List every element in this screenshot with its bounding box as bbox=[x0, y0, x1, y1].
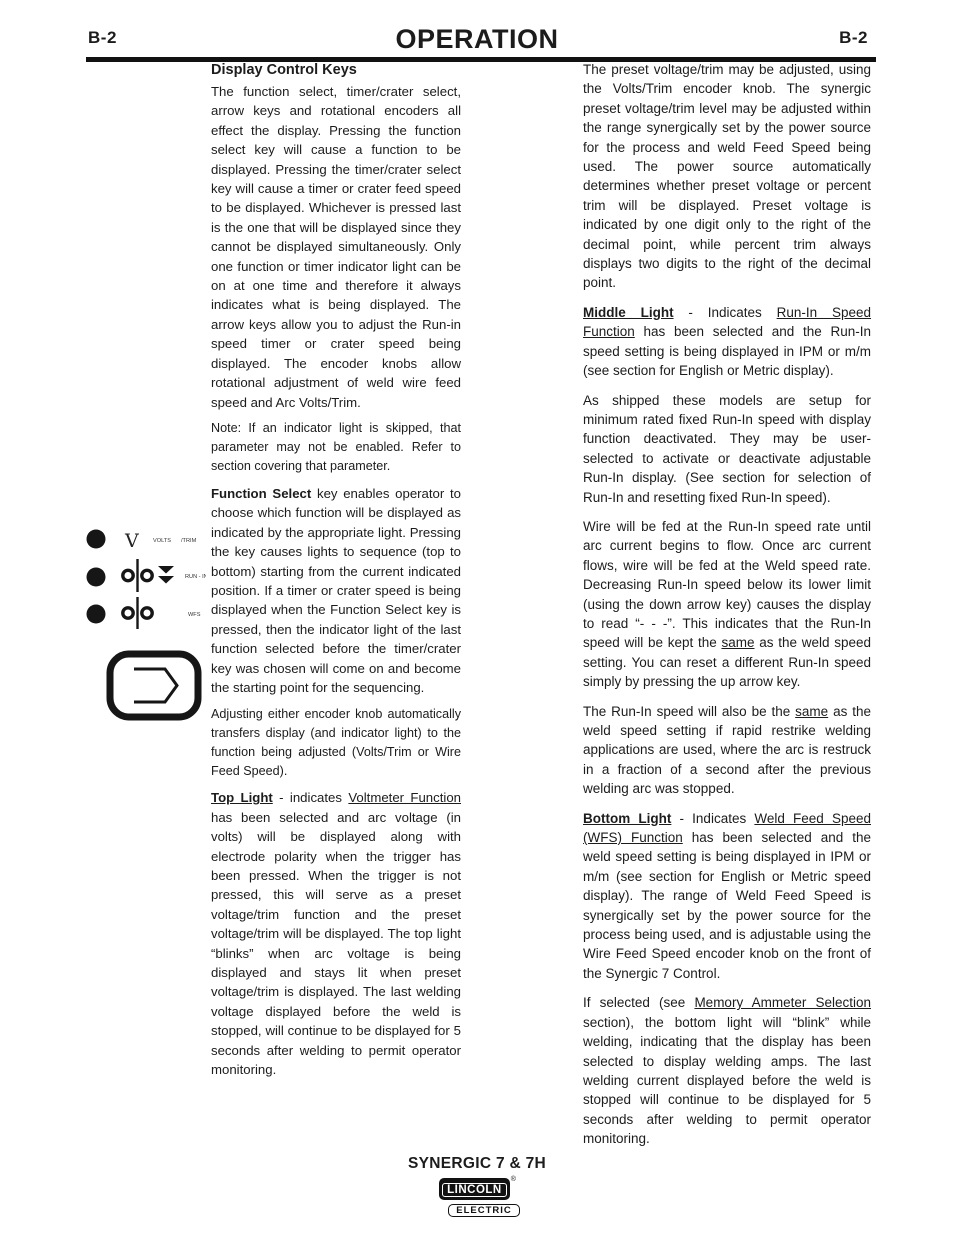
paragraph-note: Note: If an indicator light is skipped, … bbox=[211, 419, 461, 476]
function-select-key-icon bbox=[110, 654, 198, 717]
run-in-label: RUN - IN bbox=[185, 574, 206, 580]
left-column: Display Control Keys The function select… bbox=[211, 62, 461, 1087]
right-column: The preset voltage/trim may be adjusted,… bbox=[583, 60, 871, 1159]
logo-electric-text: ELECTRIC bbox=[448, 1204, 520, 1217]
page-number-right: B-2 bbox=[839, 28, 868, 48]
middle-light-led-icon bbox=[87, 568, 106, 587]
paragraph-restrike: The Run-In speed will also be the same a… bbox=[583, 702, 871, 799]
run-in-arrow-icon-upper bbox=[158, 566, 174, 574]
page-title: OPERATION bbox=[0, 24, 954, 55]
section-heading: Display Control Keys bbox=[211, 62, 461, 78]
paragraph-middle-light: Middle Light - Indicates Run-In Speed Fu… bbox=[583, 303, 871, 381]
manual-page: B-2 OPERATION B-2 V VOLTS /TRIM RUN - IN… bbox=[0, 0, 954, 1235]
function-select-glyph bbox=[134, 669, 177, 702]
run-in-arrow-icon-lower bbox=[158, 576, 174, 584]
paragraph-wire-feed: Wire will be fed at the Run-In speed rat… bbox=[583, 517, 871, 692]
paragraph-as-shipped: As shipped these models are setup for mi… bbox=[583, 391, 871, 507]
registered-trademark-icon: ® bbox=[511, 1176, 516, 1183]
wfs-roll-icon-left bbox=[123, 608, 133, 618]
lincoln-electric-logo: LINCOLN® ELECTRIC bbox=[434, 1178, 520, 1218]
page-footer: SYNERGIC 7 & 7H LINCOLN® ELECTRIC bbox=[0, 1155, 954, 1218]
paragraph-top-light: Top Light - indicates Voltmeter Function… bbox=[211, 788, 461, 1079]
logo-lincoln-box: LINCOLN bbox=[439, 1178, 510, 1200]
wfs-roll-icon-right bbox=[142, 608, 152, 618]
run-in-roll-icon-right bbox=[142, 570, 152, 580]
bottom-light-led-icon bbox=[87, 605, 106, 624]
paragraph-memory-ammeter: If selected (see Memory Ammeter Selectio… bbox=[583, 993, 871, 1148]
top-light-led-icon bbox=[87, 530, 106, 549]
paragraph-intro: The function select, timer/crater select… bbox=[211, 82, 461, 412]
wfs-label: WFS bbox=[188, 612, 201, 618]
logo-lincoln-text: LINCOLN bbox=[442, 1183, 507, 1197]
product-name: SYNERGIC 7 & 7H bbox=[0, 1155, 954, 1173]
paragraph-encoder-adjust: Adjusting either encoder knob automatica… bbox=[211, 705, 461, 781]
trim-label: /TRIM bbox=[181, 538, 197, 544]
volts-label: VOLTS bbox=[153, 538, 171, 544]
volts-symbol: V bbox=[124, 530, 139, 552]
run-in-roll-icon-left bbox=[123, 570, 133, 580]
paragraph-preset-voltage: The preset voltage/trim may be adjusted,… bbox=[583, 60, 871, 293]
paragraph-function-select: Function Select key enables operator to … bbox=[211, 484, 461, 697]
control-panel-diagram: V VOLTS /TRIM RUN - IN WFS bbox=[84, 526, 206, 722]
paragraph-bottom-light: Bottom Light - Indicates Weld Feed Speed… bbox=[583, 809, 871, 984]
